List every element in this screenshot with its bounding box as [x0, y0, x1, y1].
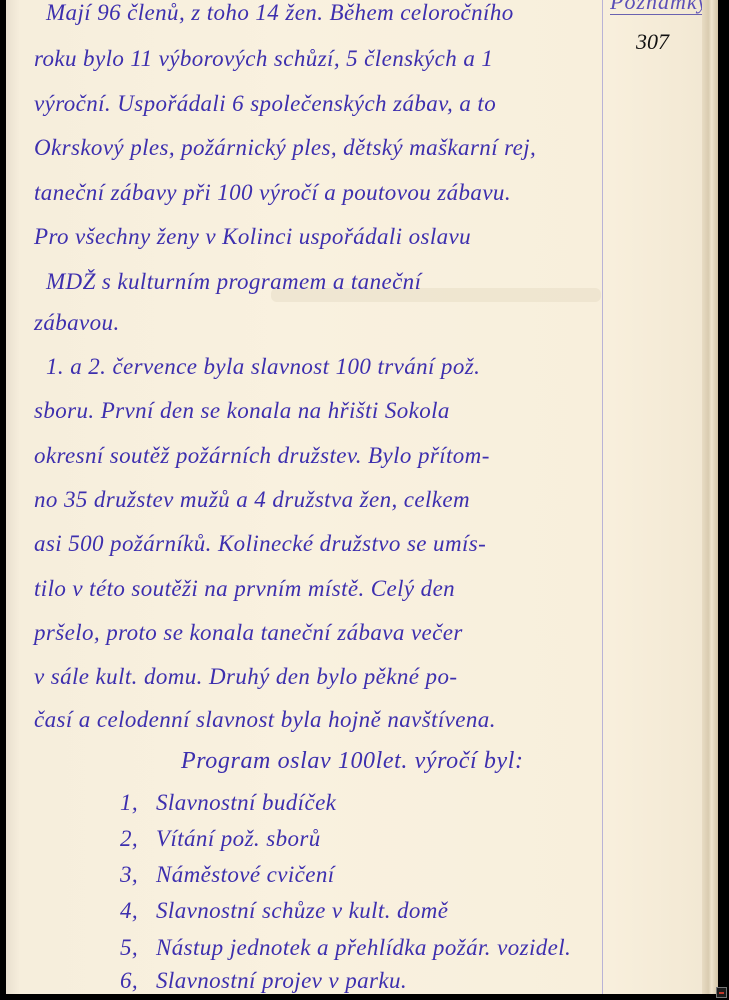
text-line: Pro všechny ženy v Kolinci uspořádali os…	[34, 222, 471, 252]
program-item-text: Nástup jednotek a přehlídka požár. vozid…	[156, 935, 571, 960]
text-line: časí a celodenní slavnost byla hojně nav…	[34, 705, 496, 735]
text-line: výroční. Uspořádali 6 společenských zába…	[34, 89, 496, 119]
page-number: 307	[636, 29, 669, 55]
text-line: v sále kult. domu. Druhý den bylo pěkné …	[34, 662, 457, 692]
text-line: no 35 družstev mužů a 4 družstva žen, ce…	[34, 485, 470, 515]
program-item-number: 2,	[120, 826, 156, 852]
page-edge	[702, 0, 718, 994]
program-item-text: Slavnostní projev v parku.	[156, 968, 407, 993]
program-item: 6,Slavnostní projev v parku.	[120, 968, 407, 994]
text-line: tilo v této soutěži na prvním místě. Cel…	[34, 574, 455, 604]
text-line: okresní soutěž požárních družstev. Bylo …	[34, 441, 490, 471]
program-item-number: 1,	[120, 790, 156, 816]
program-item: 5,Nástup jednotek a přehlídka požár. voz…	[120, 935, 571, 961]
chronicle-page: Poznámky 307 Mají 96 členů, z toho 14 že…	[6, 0, 718, 994]
program-heading: Program oslav 100let. výročí byl:	[181, 748, 524, 775]
program-item: 2,Vítání pož. sborů	[120, 826, 321, 852]
text-line: Okrskový ples, požárnický ples, dětský m…	[34, 133, 536, 163]
program-item: 4,Slavnostní schůze v kult. domě	[120, 898, 448, 924]
program-item-text: Náměstové cvičení	[156, 862, 335, 887]
text-line: MDŽ s kulturním programem a taneční	[46, 267, 421, 297]
program-item-text: Slavnostní budíček	[156, 790, 336, 815]
text-line: sboru. První den se konala na hřišti Sok…	[34, 396, 450, 426]
program-item: 1,Slavnostní budíček	[120, 790, 336, 816]
text-line: pršelo, proto se konala taneční zábava v…	[34, 618, 463, 648]
program-item-number: 4,	[120, 898, 156, 924]
text-line: 1. a 2. července byla slavnost 100 trván…	[46, 352, 480, 382]
program-item-text: Slavnostní schůze v kult. domě	[156, 898, 448, 923]
text-line: roku bylo 11 výborových schůzí, 5 člensk…	[34, 44, 493, 74]
program-item-text: Vítání pož. sborů	[156, 826, 321, 851]
program-item: 3,Náměstové cvičení	[120, 862, 335, 888]
text-line: Mají 96 členů, z toho 14 žen. Během celo…	[46, 0, 514, 28]
text-line: asi 500 požárníků. Kolinecké družstvo se…	[34, 529, 486, 559]
margin-line	[602, 0, 603, 994]
text-line: taneční zábavy při 100 výročí a poutovou…	[34, 178, 511, 208]
program-item-number: 6,	[120, 968, 156, 994]
minimize-icon[interactable]	[716, 987, 727, 998]
program-item-number: 3,	[120, 862, 156, 888]
text-line: zábavou.	[34, 308, 120, 338]
margin-header: Poznámky	[610, 0, 702, 15]
program-item-number: 5,	[120, 935, 156, 961]
